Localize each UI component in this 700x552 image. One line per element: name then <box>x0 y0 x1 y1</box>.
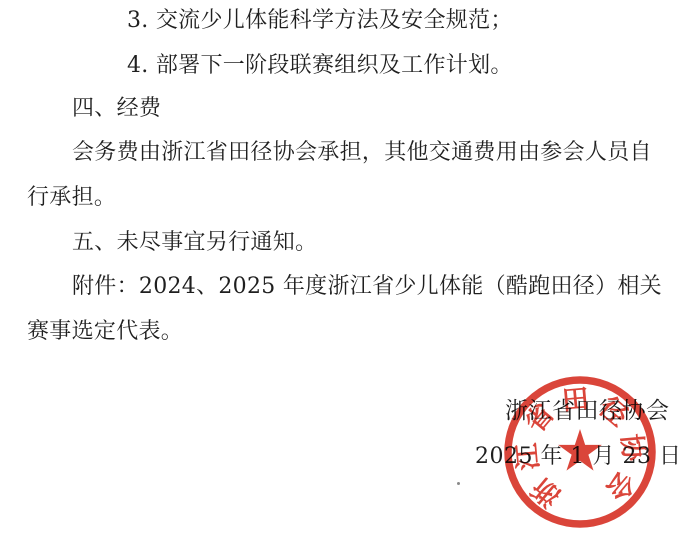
body-line-attachment-1: 附件：2024、2025 年度浙江省少儿体能（酷跑田径）相关 <box>72 274 662 300</box>
section-heading-4: 四、经费 <box>72 96 161 122</box>
body-line-attachment-2: 赛事选定代表。 <box>27 319 183 345</box>
section-heading-5: 五、未尽事宜另行通知。 <box>72 230 317 256</box>
star-icon <box>558 429 602 471</box>
official-seal: 浙 江 省 田 径 协 会 <box>500 372 660 532</box>
ink-speck <box>457 482 460 485</box>
body-line-fees-1: 会务费由浙江省田径协会承担，其他交通费用由参会人员自 <box>72 140 652 166</box>
body-line-fees-2: 行承担。 <box>27 185 116 211</box>
document-page: 3. 交流少儿体能科学方法及安全规范； 4. 部署下一阶段联赛组织及工作计划。 … <box>0 0 700 552</box>
body-line-item-4: 4. 部署下一阶段联赛组织及工作计划。 <box>127 53 513 79</box>
seal-graphic: 浙 江 省 田 径 协 会 <box>500 372 660 532</box>
seal-char: 田 <box>561 384 591 417</box>
seal-char: 协 <box>615 433 648 464</box>
seal-char: 江 <box>512 442 545 472</box>
body-line-item-3: 3. 交流少儿体能科学方法及安全规范； <box>127 8 513 34</box>
